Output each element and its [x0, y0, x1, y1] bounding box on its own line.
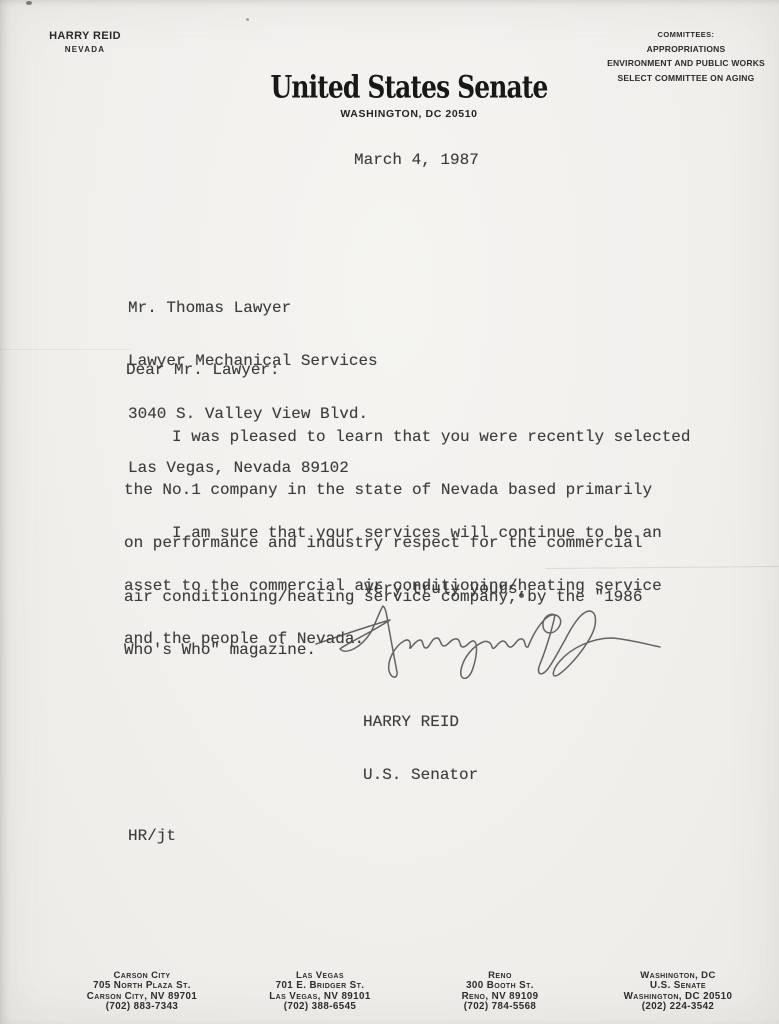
- office-line: (202) 224-3542: [578, 1002, 778, 1012]
- footer-office-las-vegas: Las Vegas 701 E. Bridger St. Las Vegas, …: [220, 971, 420, 1013]
- footer-office-carson-city: Carson City 705 North Plaza St. Carson C…: [42, 971, 242, 1013]
- signature-image: [306, 596, 666, 694]
- committee-item: SELECT COMMITTEE ON AGING: [593, 71, 779, 85]
- sender-block: HARRY REID NEVADA: [30, 30, 140, 54]
- committee-item: APPROPRIATIONS: [593, 42, 779, 56]
- masthead-block: United States Senate WASHINGTON, DC 2051…: [209, 70, 609, 120]
- reference-initials: HR/jt: [128, 828, 176, 846]
- recipient-line: Mr. Thomas Lawyer: [128, 300, 378, 318]
- footer-office-washington-dc: Washington, DC U.S. Senate Washington, D…: [578, 971, 778, 1013]
- signature-block: HARRY REID U.S. Senator: [363, 678, 478, 820]
- office-line: (702) 388-6545: [220, 1002, 420, 1012]
- body-line: I was pleased to learn that you were rec…: [124, 429, 691, 447]
- masthead-address: WASHINGTON, DC 20510: [209, 108, 609, 120]
- scan-speck: [26, 1, 32, 5]
- signer-title: U.S. Senator: [363, 767, 478, 785]
- date-line: March 4, 1987: [354, 152, 479, 170]
- paper-crease: [0, 349, 130, 350]
- committees-heading: COMMITTEES:: [593, 28, 779, 42]
- masthead-title: United States Senate: [237, 69, 581, 105]
- sender-name: HARRY REID: [30, 30, 140, 42]
- salutation: Dear Mr. Lawyer:: [126, 362, 280, 380]
- office-line: (702) 784-5568: [400, 1002, 600, 1012]
- sender-state: NEVADA: [30, 45, 140, 54]
- letter-page: HARRY REID NEVADA COMMITTEES: APPROPRIAT…: [0, 0, 779, 1024]
- committee-item: ENVIRONMENT AND PUBLIC WORKS: [593, 56, 779, 70]
- footer-office-reno: Reno 300 Booth St. Reno, NV 89109 (702) …: [400, 971, 600, 1013]
- office-line: (702) 883-7343: [42, 1002, 242, 1012]
- body-line: I am sure that your services will contin…: [124, 525, 662, 543]
- committees-block: COMMITTEES: APPROPRIATIONS ENVIRONMENT A…: [593, 28, 779, 85]
- signer-name: HARRY REID: [363, 714, 478, 732]
- scan-speck: [246, 18, 249, 21]
